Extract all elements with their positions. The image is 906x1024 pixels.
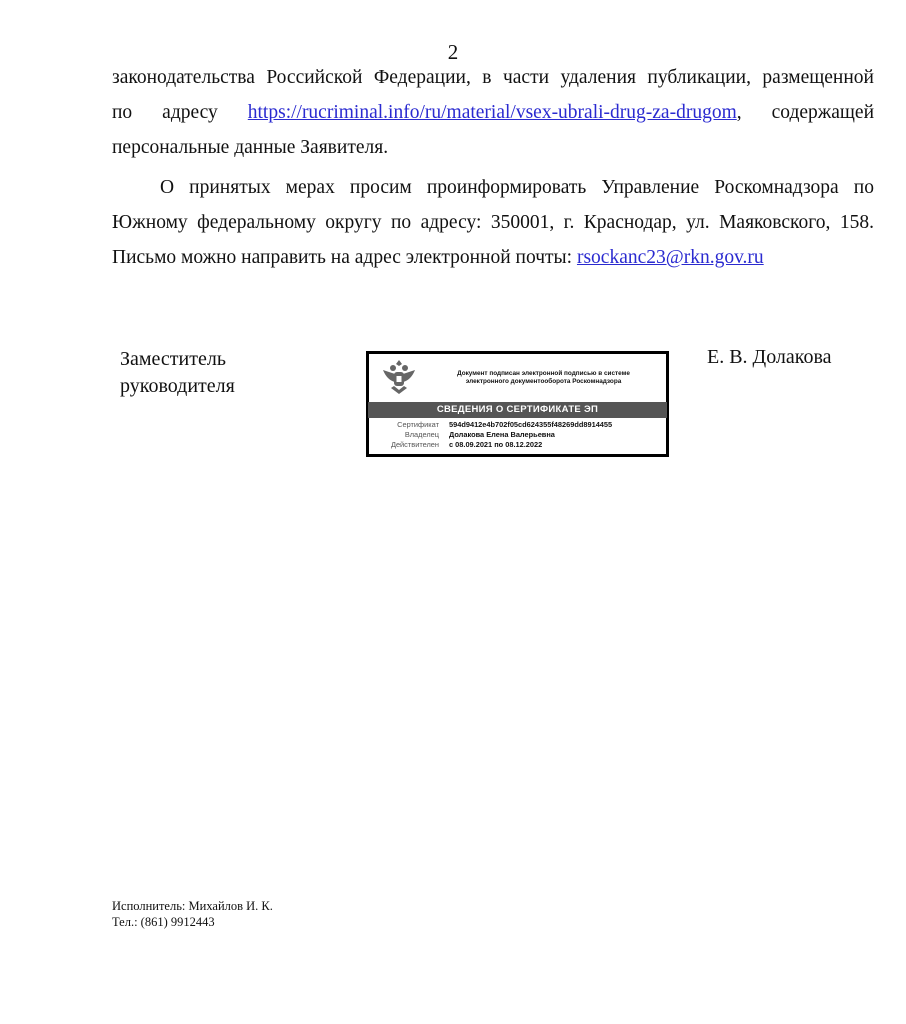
certificate-label: Сертификат — [369, 420, 449, 430]
link-suffix: , содержащей — [737, 102, 874, 123]
email-link[interactable]: rsockanc23@rkn.gov.ru — [577, 247, 764, 268]
publication-link[interactable]: https://rucriminal.info/ru/material/vsex… — [248, 102, 737, 123]
paragraph-request: законодательства Российской Федерации, в… — [112, 60, 874, 165]
executor-footer: Исполнитель: Михайлов И. К. Тел.: (861) … — [112, 898, 273, 930]
address-label: по адресу — [112, 102, 218, 123]
certificate-row: Сертификат 594d9412e4b702f05cd624355f482… — [369, 420, 666, 430]
paragraph-line: Южному федеральному округу по адресу: 35… — [112, 205, 874, 240]
email-prompt: Письмо можно направить на адрес электрон… — [112, 247, 577, 268]
paragraph-line: персональные данные Заявителя. — [112, 130, 874, 165]
owner-row: Владелец Долакова Елена Валерьевна — [369, 430, 666, 440]
validity-label: Действителен — [369, 440, 449, 450]
signatory-title-line: руководителя — [120, 373, 235, 400]
owner-value: Долакова Елена Валерьевна — [449, 430, 555, 440]
certificate-value: 594d9412e4b702f05cd624355f48269dd8914455 — [449, 420, 612, 430]
paragraph-line: законодательства Российской Федерации, в… — [112, 60, 874, 95]
paragraph-line: по адресу https://rucriminal.info/ru/mat… — [112, 95, 874, 130]
owner-label: Владелец — [369, 430, 449, 440]
paragraph-line: О принятых мерах просим проинформировать… — [112, 170, 874, 205]
signatory-name: Е. В. Долакова — [707, 346, 832, 369]
stamp-header: Документ подписан электронной подписью в… — [369, 354, 666, 402]
executor-name: Исполнитель: Михайлов И. К. — [112, 898, 273, 914]
paragraph-line: Письмо можно направить на адрес электрон… — [112, 240, 874, 275]
stamp-caption-line: электронного документооборота Роскомнадз… — [429, 378, 658, 386]
certificate-band-title: СВЕДЕНИЯ О СЕРТИФИКАТЕ ЭП — [368, 402, 667, 418]
paragraph-contact: О принятых мерах просим проинформировать… — [112, 170, 874, 275]
validity-value: с 08.09.2021 по 08.12.2022 — [449, 440, 542, 450]
signatory-title: Заместитель руководителя — [120, 346, 235, 400]
stamp-caption-line: Документ подписан электронной подписью в… — [429, 370, 658, 378]
stamp-caption: Документ подписан электронной подписью в… — [429, 370, 666, 386]
eagle-emblem-icon — [369, 356, 429, 400]
validity-row: Действителен с 08.09.2021 по 08.12.2022 — [369, 440, 666, 450]
executor-phone: Тел.: (861) 9912443 — [112, 914, 273, 930]
electronic-signature-stamp: Документ подписан электронной подписью в… — [366, 351, 669, 457]
signatory-title-line: Заместитель — [120, 346, 235, 373]
certificate-details: Сертификат 594d9412e4b702f05cd624355f482… — [369, 418, 666, 450]
